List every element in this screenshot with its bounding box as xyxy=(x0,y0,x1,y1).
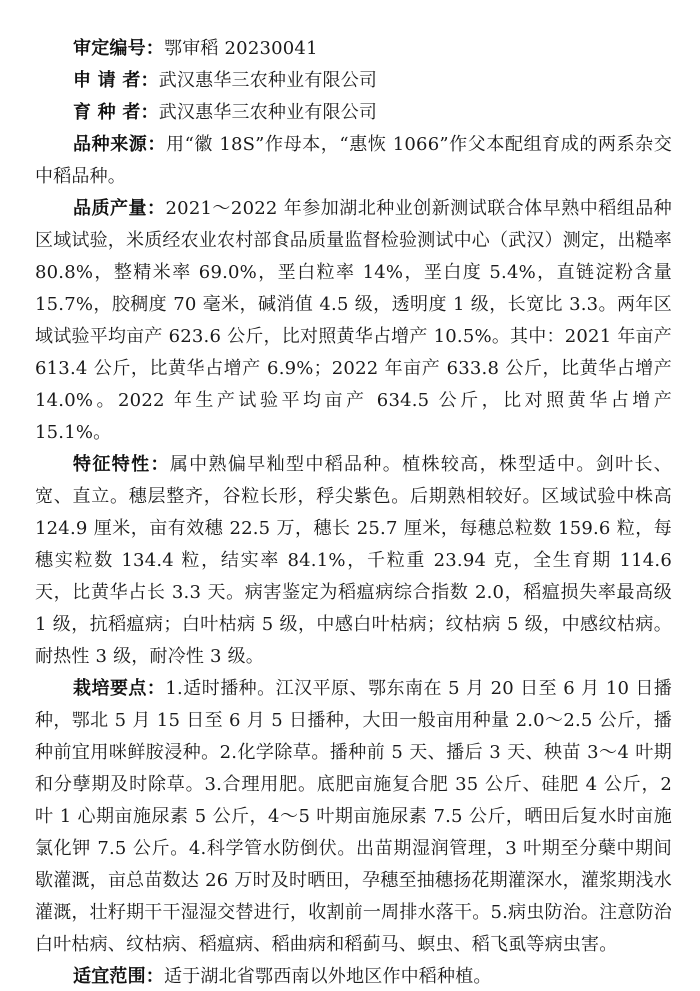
field-value: 1.适时播种。江汉平原、鄂东南在 5 月 20 日至 6 月 10 日播种，鄂北… xyxy=(35,678,672,955)
field-value: 鄂审稻 20230041 xyxy=(164,38,318,59)
field-characteristics: 特征特性：属中熟偏早籼型中稻品种。植株较高，株型适中。剑叶长、宽、直立。穗层整齐… xyxy=(35,449,672,673)
field-value: 属中熟偏早籼型中稻品种。植株较高，株型适中。剑叶长、宽、直立。穗层整齐，谷粒长形… xyxy=(35,454,672,667)
field-applicant: 申 请 者：武汉惠华三农种业有限公司 xyxy=(35,65,672,97)
field-label: 特征特性： xyxy=(73,454,170,475)
field-approval-number: 审定编号：鄂审稻 20230041 xyxy=(35,33,672,65)
field-suitable-area: 适宜范围：适于湖北省鄂西南以外地区作中稻种植。 xyxy=(35,961,672,991)
field-value: 适于湖北省鄂西南以外地区作中稻种植。 xyxy=(164,966,492,987)
field-value: 武汉惠华三农种业有限公司 xyxy=(159,70,377,91)
field-variety-source: 品种来源：用“徽 18S”作母本，“惠恢 1066”作父本配组育成的两系杂交中稻… xyxy=(35,129,672,193)
field-label: 审定编号： xyxy=(73,38,164,59)
document-page: 审定编号：鄂审稻 20230041 申 请 者：武汉惠华三农种业有限公司 育 种… xyxy=(0,0,700,991)
field-value: 武汉惠华三农种业有限公司 xyxy=(159,102,377,123)
field-breeder: 育 种 者：武汉惠华三农种业有限公司 xyxy=(35,97,672,129)
field-label: 适宜范围： xyxy=(73,966,164,987)
field-label: 申 请 者： xyxy=(73,70,159,91)
field-value: 2021～2022 年参加湖北种业创新测试联合体早熟中稻组品种区域试验，米质经农… xyxy=(35,198,672,443)
field-label: 品质产量： xyxy=(73,198,166,219)
field-label: 育 种 者： xyxy=(73,102,159,123)
field-quality-yield: 品质产量：2021～2022 年参加湖北种业创新测试联合体早熟中稻组品种区域试验… xyxy=(35,193,672,449)
field-cultivation-points: 栽培要点：1.适时播种。江汉平原、鄂东南在 5 月 20 日至 6 月 10 日… xyxy=(35,673,672,961)
field-label: 栽培要点： xyxy=(73,678,165,699)
field-label: 品种来源： xyxy=(73,134,166,155)
